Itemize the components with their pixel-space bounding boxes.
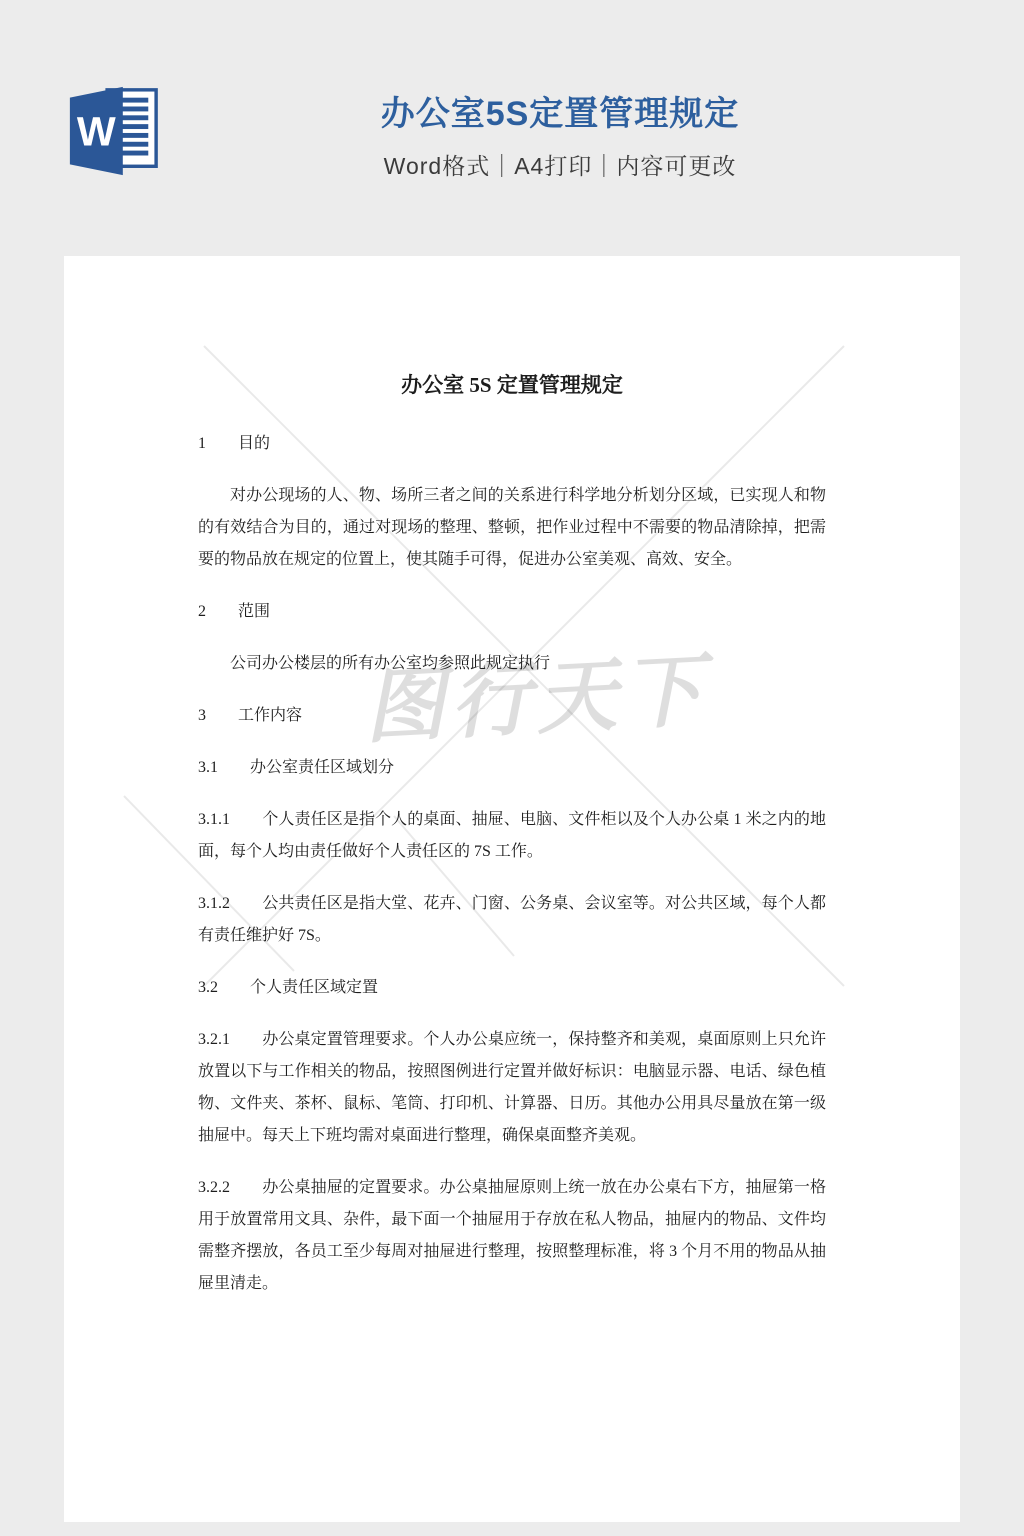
doc-paragraph: 3.1 办公室责任区域划分: [198, 752, 826, 784]
document-body: 1 目的 对办公现场的人、物、场所三者之间的关系进行科学地分析划分区域，已实现人…: [198, 428, 826, 1300]
document-title: 办公室 5S 定置管理规定: [198, 372, 826, 398]
preview-header-text: 办公室5S定置管理规定 Word格式｜A4打印｜内容可更改: [160, 94, 960, 181]
doc-paragraph: 3 工作内容: [198, 700, 826, 732]
doc-paragraph: 对办公现场的人、物、场所三者之间的关系进行科学地分析划分区域，已实现人和物的有效…: [198, 480, 826, 576]
page-canvas: W 办公室5S定置管理规定 Word格式｜A4打印｜内容可更改 图行天下 办公室…: [0, 0, 1024, 1536]
doc-paragraph: 3.1.1 个人责任区是指个人的桌面、抽屉、电脑、文件柜以及个人办公桌 1 米之…: [198, 804, 826, 868]
preview-subtitle: Word格式｜A4打印｜内容可更改: [160, 148, 960, 181]
document-content: 办公室 5S 定置管理规定 1 目的 对办公现场的人、物、场所三者之间的关系进行…: [64, 256, 960, 1522]
doc-paragraph: 3.2.1 办公桌定置管理要求。个人办公桌应统一，保持整齐和美观，桌面原则上只允…: [198, 1024, 826, 1152]
document-page: 图行天下 办公室 5S 定置管理规定 1 目的 对办公现场的人、物、场所三者之间…: [64, 256, 960, 1522]
preview-title: 办公室5S定置管理规定: [160, 94, 960, 135]
doc-paragraph: 3.2 个人责任区域定置: [198, 972, 826, 1004]
doc-paragraph: 1 目的: [198, 428, 826, 460]
word-icon: W: [64, 84, 162, 178]
word-icon-letter: W: [77, 109, 116, 155]
doc-paragraph: 公司办公楼层的所有办公室均参照此规定执行: [198, 648, 826, 680]
preview-header: W 办公室5S定置管理规定 Word格式｜A4打印｜内容可更改: [0, 0, 1024, 256]
doc-paragraph: 2 范围: [198, 596, 826, 628]
doc-paragraph: 3.1.2 公共责任区是指大堂、花卉、门窗、公务桌、会议室等。对公共区域，每个人…: [198, 888, 826, 952]
doc-paragraph: 3.2.2 办公桌抽屉的定置要求。办公桌抽屉原则上统一放在办公桌右下方，抽屉第一…: [198, 1172, 826, 1300]
